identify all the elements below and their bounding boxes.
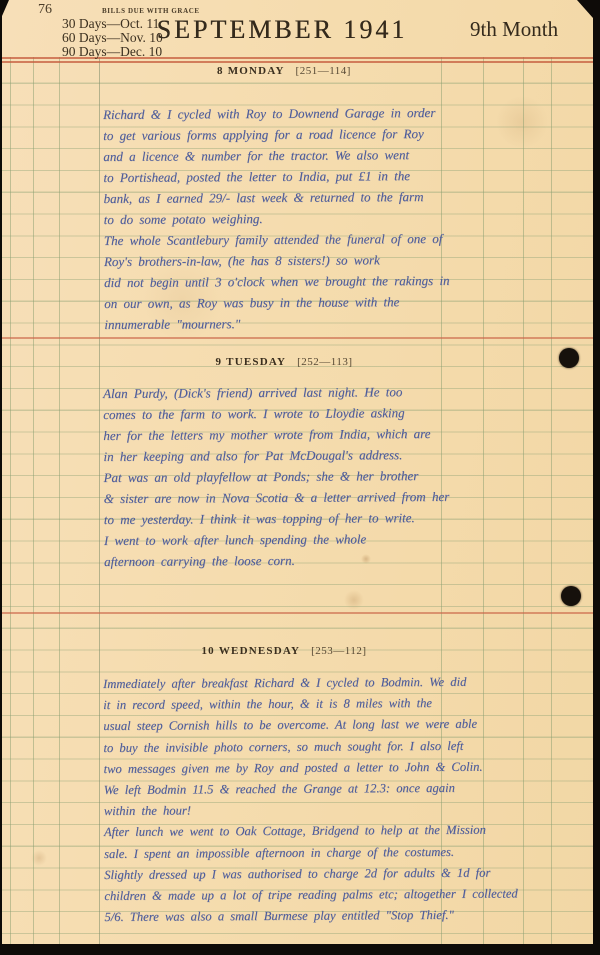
handwriting-line: sale. I spent an impossible afternoon in… <box>104 844 517 868</box>
handwriting-line: it in record speed, within the hour, & i… <box>103 696 516 720</box>
handwriting-line: in her keeping and also for Pat McDougal… <box>103 447 449 470</box>
handwriting-line: Roy's brothers-in-law, (he has 8 sisters… <box>104 252 450 275</box>
red-rule-tuesday <box>2 337 593 339</box>
page-number: 76 <box>38 2 52 18</box>
handwriting-line: Richard & I cycled with Roy to Downend G… <box>103 105 449 128</box>
hole-punch <box>561 586 581 606</box>
handwriting-line: to get various forms applying for a road… <box>103 126 449 149</box>
handwriting-line: Alan Purdy, (Dick's friend) arrived last… <box>103 384 449 407</box>
handwriting-line: We left Bodmin 11.5 & reached the Grange… <box>104 780 517 804</box>
entry-tuesday-text: Alan Purdy, (Dick's friend) arrived last… <box>103 384 450 575</box>
handwriting-line: I went to work after lunch spending the … <box>104 531 450 554</box>
handwriting-line: The whole Scantlebury family attended th… <box>104 231 450 254</box>
handwriting-line: within the hour! <box>104 802 517 826</box>
day-number: 8 <box>217 65 224 77</box>
entry-wednesday-text: Immediately after breakfast Richard & I … <box>103 674 518 931</box>
handwriting-line: After lunch we went to Oak Cottage, Brid… <box>104 823 517 847</box>
bills-due-title: BILLS DUE WITH GRACE <box>102 7 200 15</box>
day-number: 9 <box>216 356 223 368</box>
scan-corner-shadow <box>577 0 593 18</box>
red-rule-top-b <box>2 61 593 63</box>
handwriting-line: to me yesterday. I think it was topping … <box>104 510 450 533</box>
column-rule-left-4 <box>99 57 100 944</box>
handwriting-line: Slightly dressed up I was authorised to … <box>104 865 517 889</box>
month-title: SEPTEMBER 1941 <box>117 15 447 45</box>
day-code: [253—112] <box>311 645 366 657</box>
day-header-tuesday: 9 TUESDAY [252—113] <box>99 356 469 368</box>
entry-monday-text: Richard & I cycled with Roy to Downend G… <box>103 105 450 338</box>
handwriting-line: usual steep Cornish hills to be overcome… <box>103 717 516 741</box>
day-header-monday: 8 MONDAY [251—114] <box>99 65 469 77</box>
column-rule-right-4 <box>551 57 552 944</box>
handwriting-line: to buy the invisible photo corners, so m… <box>103 738 516 762</box>
handwriting-line: Pat was an old playfellow at Ponds; she … <box>104 468 450 491</box>
red-rule-wednesday <box>2 612 593 614</box>
scan-corner-shadow <box>2 0 9 16</box>
column-rule-left-3 <box>59 57 60 944</box>
hole-punch <box>559 348 579 368</box>
day-name: MONDAY <box>228 65 285 77</box>
handwriting-line: children & made up a lot of tripe readin… <box>104 886 517 910</box>
handwriting-line: innumerable "mourners." <box>104 315 450 338</box>
handwriting-line: her for the letters my mother wrote from… <box>103 426 449 449</box>
handwriting-line: on our own, as Roy was busy in the house… <box>104 294 450 317</box>
handwriting-line: afternoon carrying the loose corn. <box>104 552 450 575</box>
handwriting-line: 5/6. There was also a small Burmese play… <box>104 908 517 932</box>
handwriting-line: comes to the farm to work. I wrote to Ll… <box>103 405 449 428</box>
column-rule-left-1 <box>10 57 11 944</box>
handwriting-line: two messages given me by Roy and posted … <box>104 759 517 783</box>
scanned-diary-screenshot: { "page_header": { "page_number": "76", … <box>0 0 600 955</box>
day-code: [251—114] <box>296 65 351 77</box>
day-header-wednesday: 10 WEDNESDAY [253—112] <box>99 645 469 657</box>
day-code: [252—113] <box>297 356 352 368</box>
handwriting-line: Immediately after breakfast Richard & I … <box>103 674 516 698</box>
handwriting-line: bank, as I earned 29/- last week & retur… <box>104 189 450 212</box>
bills-due-row: 90 Days—Dec. 10 <box>62 45 163 59</box>
handwriting-line: to do some potato weighing. <box>104 210 450 233</box>
handwriting-line: did not begin until 3 o'clock when we br… <box>104 273 450 296</box>
day-name: TUESDAY <box>226 356 286 368</box>
handwriting-line: & sister are now in Nova Scotia & a lett… <box>104 489 450 512</box>
day-number: 10 <box>201 645 214 657</box>
column-rule-right-3 <box>523 57 524 944</box>
month-ordinal: 9th Month <box>470 17 580 42</box>
handwriting-line: and a licence & number for the tractor. … <box>103 147 449 170</box>
column-rule-left-2 <box>33 57 34 944</box>
diary-page: 76 BILLS DUE WITH GRACE 30 Days—Oct. 11 … <box>2 0 593 944</box>
handwriting-line: to Portishead, posted the letter to Indi… <box>103 168 449 191</box>
day-name: WEDNESDAY <box>219 645 300 657</box>
